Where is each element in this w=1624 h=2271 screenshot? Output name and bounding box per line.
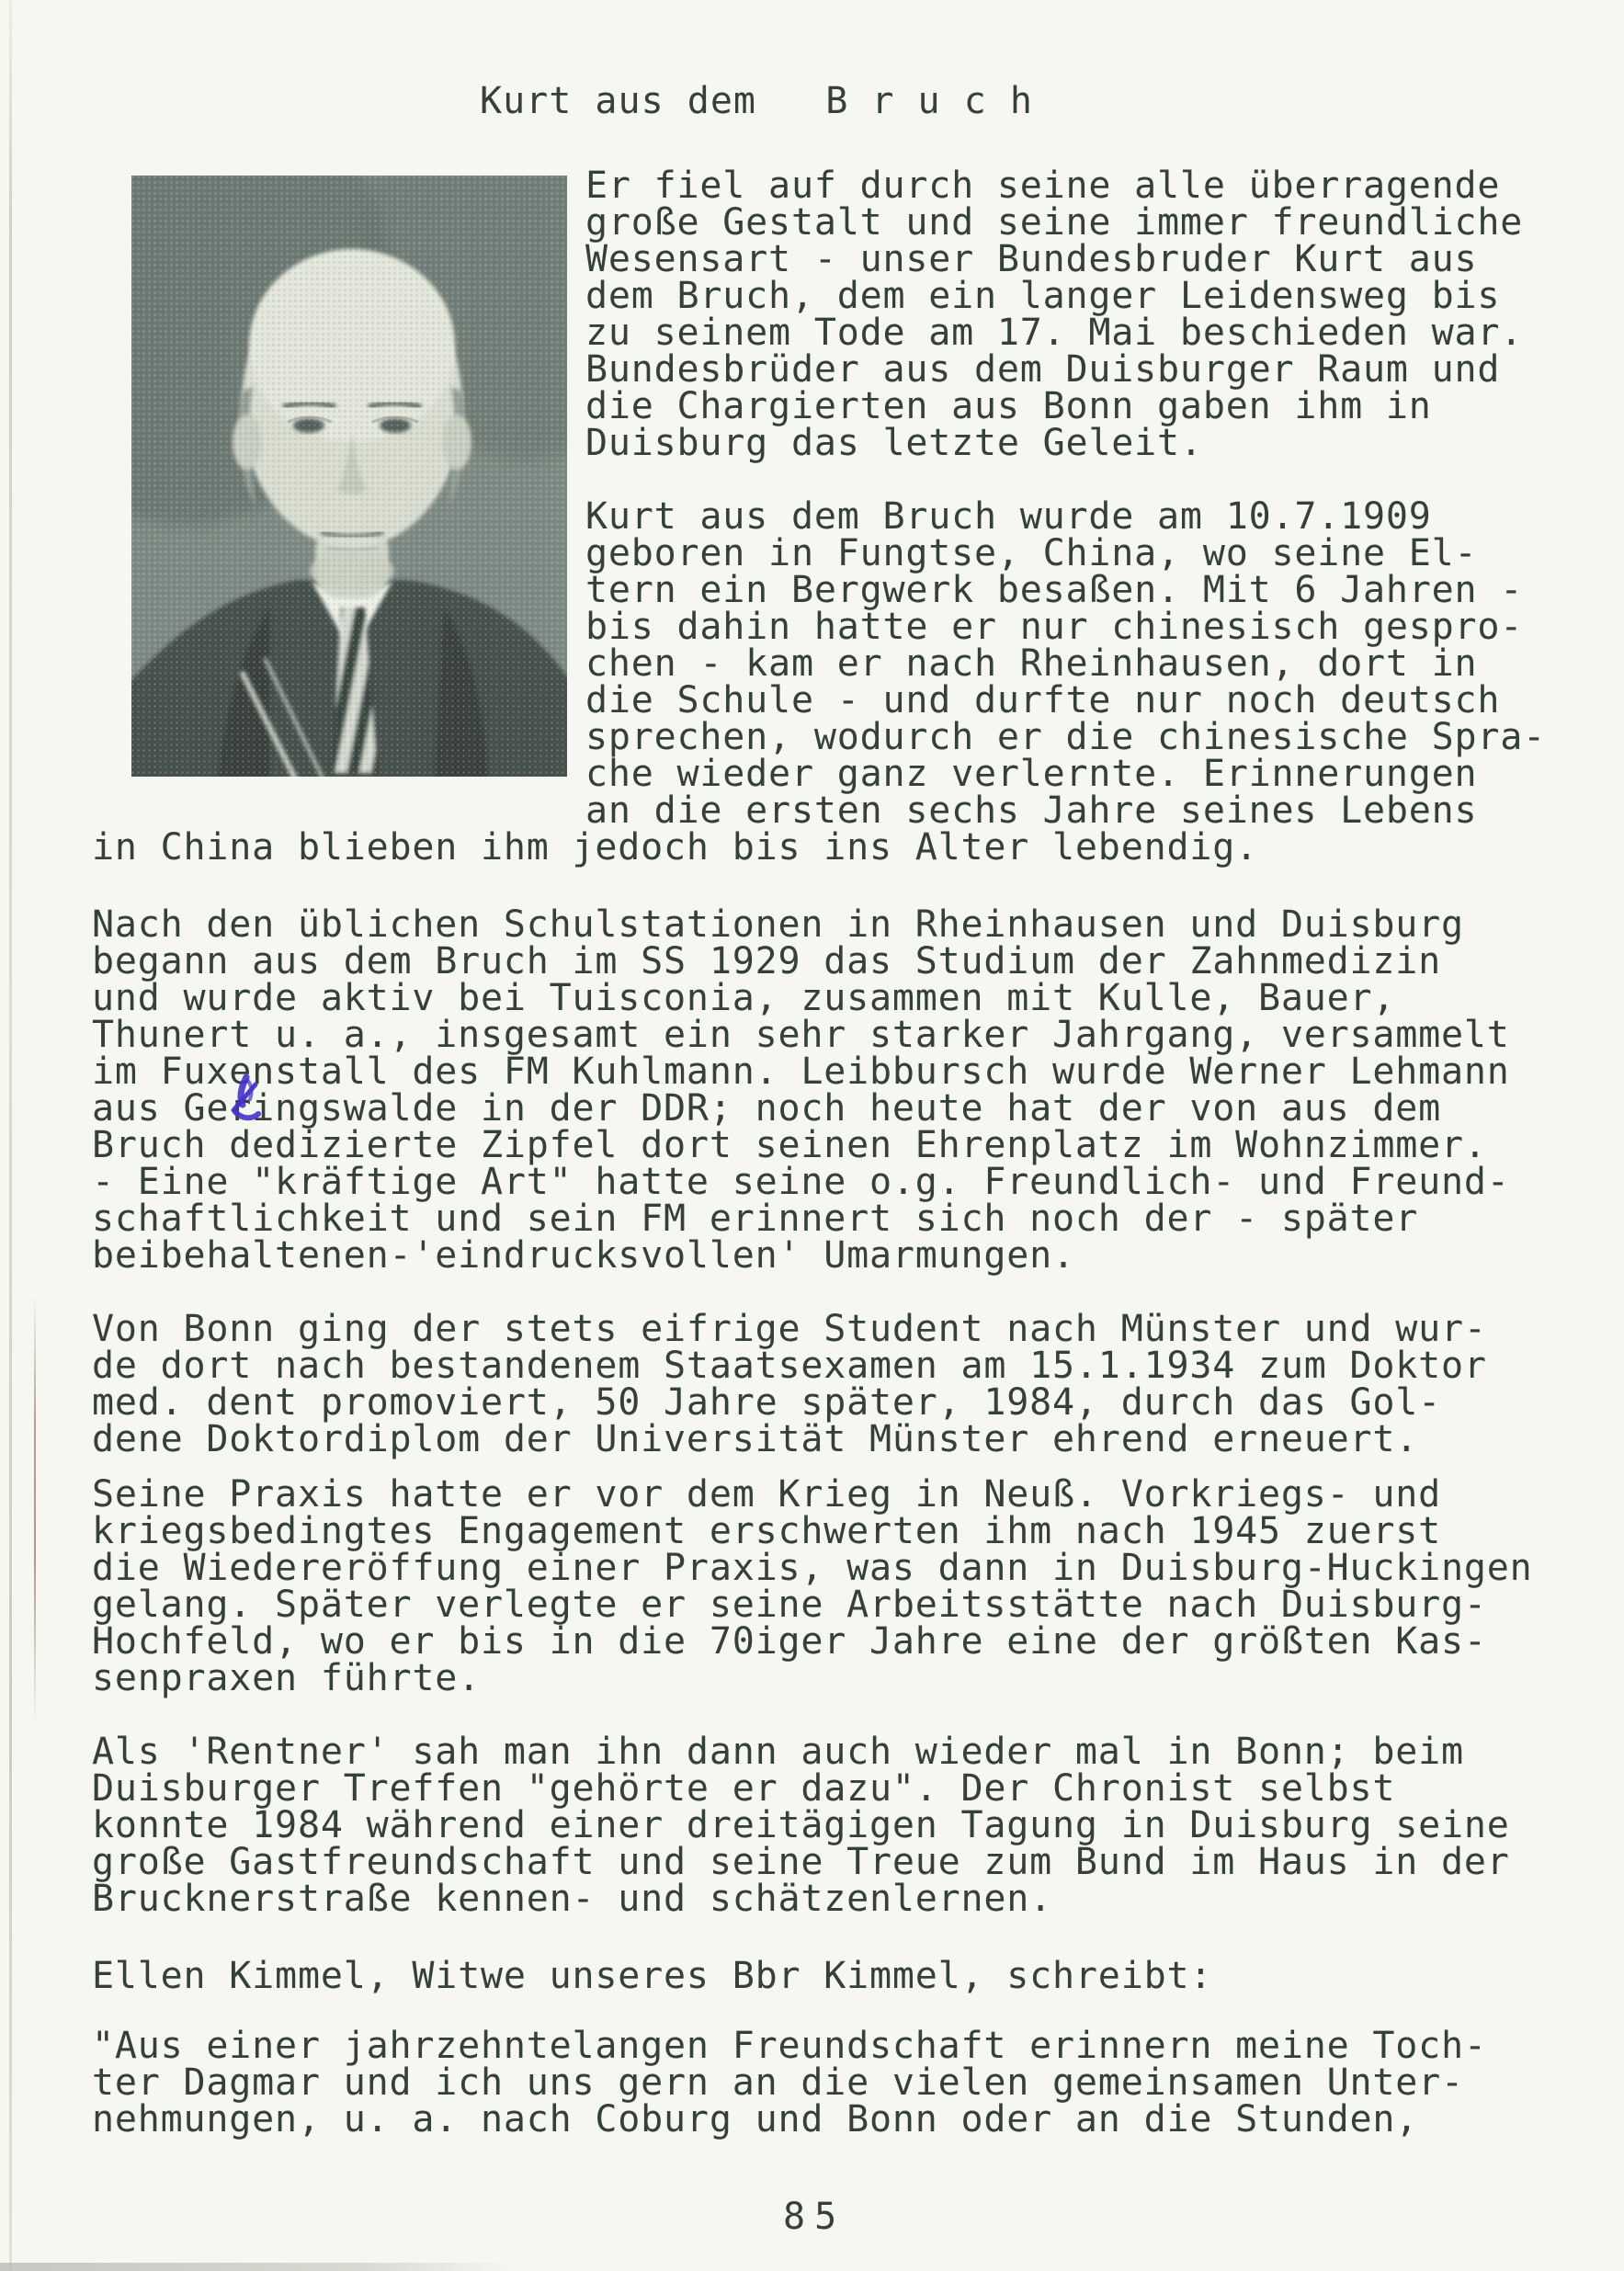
paragraph-doctorate: Von Bonn ging der stets eifrige Student … [92,1311,1487,1458]
scan-edge-line [9,0,12,2271]
scan-bottom-smudge [0,2263,515,2271]
paragraph-practice: Seine Praxis hatte er vor dem Krieg in N… [92,1476,1533,1697]
intro-paragraphs: Er fiel auf durch seine alle überragende… [585,167,1546,829]
paragraph-kimmel-quote: "Aus einer jahrzehntelangen Freundschaft… [92,2027,1487,2138]
paragraph-kimmel-intro: Ellen Kimmel, Witwe unseres Bbr Kimmel, … [92,1958,1212,1994]
scan-fold-line [34,1294,36,1726]
portrait-photo-illustration [131,176,567,777]
page-number: 85 [783,2198,846,2235]
wrap-line: in China blieben ihm jedoch bis ins Alte… [92,829,1258,866]
portrait-photo [131,176,567,777]
page-title: Kurt aus dem B r u c h [480,83,1033,119]
paragraph-education: Nach den üblichen Schulstationen in Rhei… [92,906,1510,1274]
scanned-obituary-page: Kurt aus dem B r u c h [0,0,1624,2271]
paragraph-retirement: Als 'Rentner' sah man ihn dann auch wied… [92,1733,1510,1917]
blue-pen-correction-icon [228,1073,265,1127]
